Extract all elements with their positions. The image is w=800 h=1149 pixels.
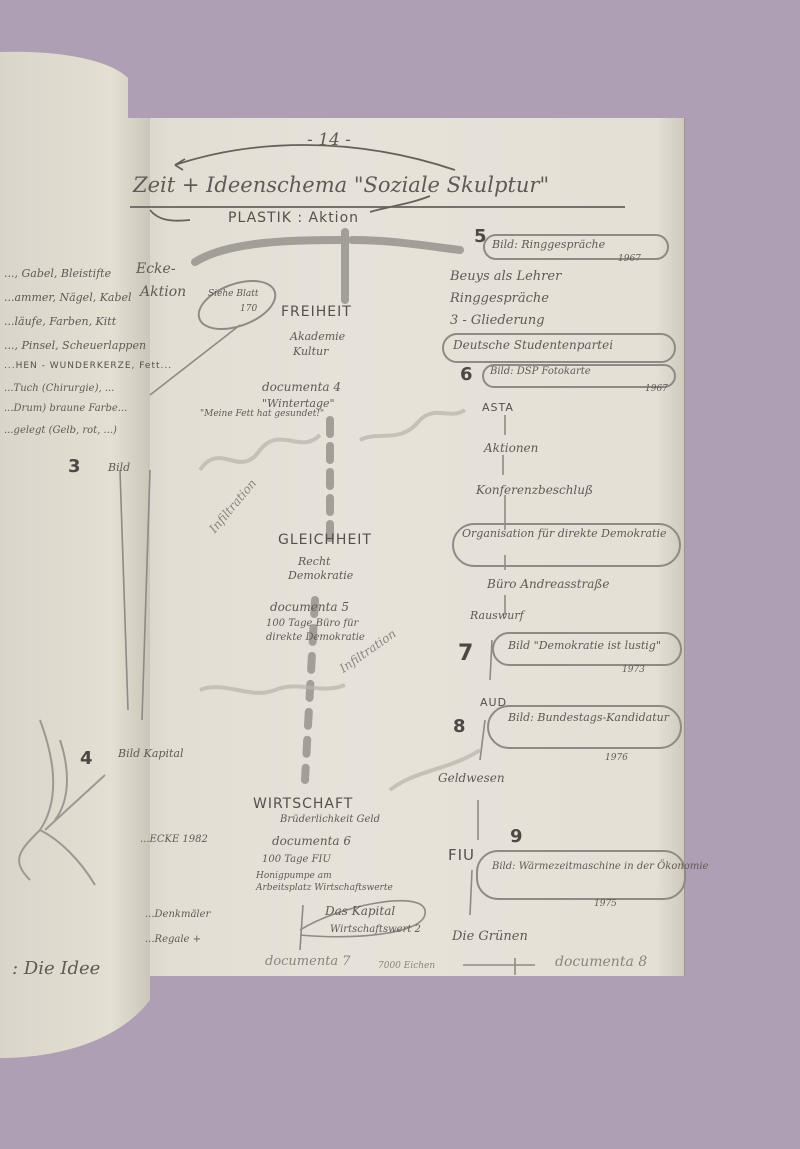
bild-label: Bild: Wärmezeitmaschine in der Ökonomie	[492, 862, 708, 872]
left-list-line: ..., Gabel, Bleistifte	[4, 268, 111, 279]
das-kapital-label: Das Kapital	[325, 905, 395, 917]
documenta-4-note: "Wintertage"	[262, 398, 335, 409]
bild-year: 1973	[622, 666, 645, 675]
left-note: ...Regale +	[145, 935, 201, 945]
item-number: 5	[474, 228, 487, 246]
page-number: - 14 -	[307, 132, 351, 149]
left-list-line: ...gelegt (Gelb, rot, ...)	[4, 426, 117, 436]
timeline-text: Aktionen	[484, 442, 538, 454]
timeline-text: ASTA	[482, 402, 514, 413]
documenta-5-note: direkte Demokratie	[266, 633, 365, 643]
bild-year: 1967	[645, 385, 668, 394]
documenta-6-note: 100 Tage FIU	[262, 855, 331, 865]
left-list-line: ...HEN - WUNDERKERZE, Fett...	[4, 362, 172, 371]
bild-label: Bild "Demokratie ist lustig"	[508, 640, 661, 651]
documenta-6-note: Honigpumpe am	[256, 872, 332, 881]
documenta-5-label: documenta 5	[270, 601, 349, 613]
documenta-4-label: documenta 4	[262, 381, 341, 393]
left-list-line: ...Drum) braune Farbe...	[4, 404, 127, 414]
documenta-5-note: 100 Tage Büro für	[266, 619, 358, 629]
left-note: ...ECKE 1982	[140, 835, 208, 845]
documenta-6-label: documenta 6	[272, 835, 351, 847]
bild-label: Bild	[108, 462, 130, 473]
siehe-blatt-note: 170	[240, 305, 257, 314]
timeline-text: Geldwesen	[438, 772, 505, 784]
gleichheit-sub: Demokratie	[288, 570, 353, 581]
bild-label: Bild: Ringgespräche	[492, 239, 605, 250]
left-list-line: ...ammer, Nägel, Kabel	[4, 292, 132, 303]
wirtschaftswert-label: Wirtschaftswert 2	[330, 925, 421, 935]
wirtschaft-heading: WIRTSCHAFT	[253, 797, 353, 811]
timeline-text: FIU	[448, 848, 475, 863]
fett-note: "Meine Fett hat gesundet!"	[200, 410, 324, 419]
item-number: 4	[80, 750, 93, 768]
timeline-text: Die Grünen	[452, 930, 528, 943]
item-number: 3	[68, 458, 81, 476]
timeline-text: Konferenzbeschluß	[476, 484, 593, 496]
freiheit-sub: Akademie	[290, 331, 345, 342]
timeline-text: 3 - Gliederung	[450, 314, 545, 327]
item-number: 8	[453, 718, 466, 736]
item-number: 6	[460, 366, 473, 384]
page-title: Zeit + Ideenschema "Soziale Skulptur"	[133, 175, 549, 196]
gleichheit-heading: GLEICHHEIT	[278, 533, 372, 547]
bild-year: 1975	[594, 900, 617, 909]
item-number: 9	[510, 828, 523, 846]
bild-label: Bild: Bundestags-Kandidatur	[508, 712, 669, 723]
bild-year: 1967	[618, 255, 641, 264]
bild-label: Bild Kapital	[118, 748, 184, 759]
timeline-text: Beuys als Lehrer	[450, 270, 561, 283]
item-number: 7	[458, 643, 473, 665]
documenta-7-label: documenta 7	[265, 955, 351, 968]
timeline-text: Rauswurf	[470, 610, 524, 621]
bild-label: Bild: DSP Fotokarte	[490, 367, 591, 377]
bild-year: 1976	[605, 754, 628, 763]
freiheit-heading: FREIHEIT	[281, 305, 352, 319]
die-idee-label: : Die Idee	[12, 960, 100, 978]
timeline-oval-text: Organisation für direkte Demokratie	[462, 528, 666, 539]
documenta-6-note: Arbeitsplatz Wirtschaftswerte	[256, 884, 393, 893]
left-list-line: ...läufe, Farben, Kitt	[4, 316, 116, 327]
timeline-text: AUD	[480, 697, 507, 708]
timeline-text: Ringgespräche	[450, 292, 549, 305]
siehe-blatt-note: Siehe Blatt	[208, 290, 258, 299]
bild-9-oval	[476, 850, 686, 900]
timeline-oval-text: Deutsche Studentenpartei	[453, 339, 613, 351]
documenta-8-label: documenta 8	[555, 955, 647, 969]
left-list-line: ...Tuch (Chirurgie), ...	[4, 384, 114, 394]
left-note: ...Denkmäler	[145, 910, 210, 920]
timeline-text: Büro Andreasstraße	[487, 578, 610, 590]
left-list-line: ..., Pinsel, Scheuerlappen	[4, 340, 146, 351]
page-subtitle: PLASTIK : Aktion	[228, 211, 359, 225]
freiheit-sub: Kultur	[293, 346, 328, 357]
wirtschaft-sub: Brüderlichkeit Geld	[280, 815, 380, 825]
ecke-aktion-label: Aktion	[140, 285, 186, 299]
gleichheit-sub: Recht	[298, 556, 330, 567]
ecke-aktion-label: Ecke-	[136, 262, 176, 276]
7000-eichen-label: 7000 Eichen	[378, 962, 435, 971]
